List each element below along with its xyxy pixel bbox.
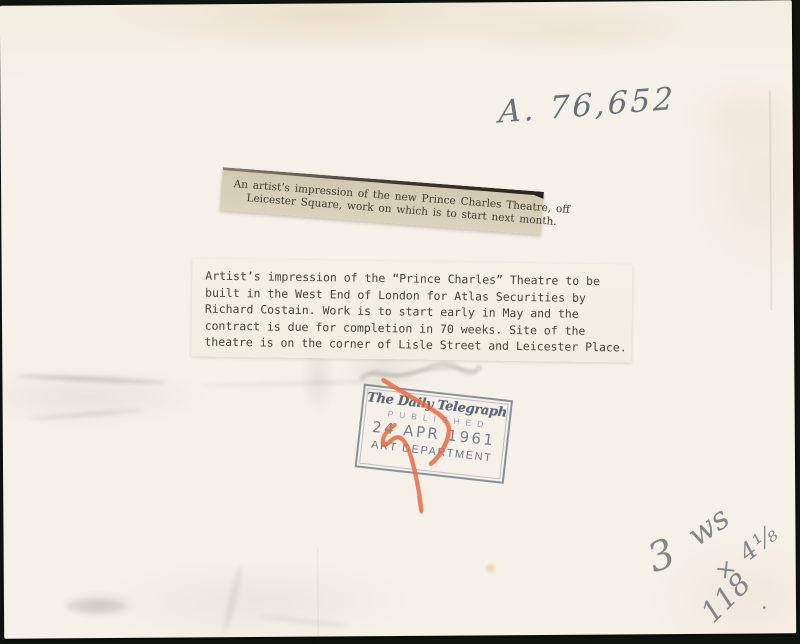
archive-number-handwriting: A. 76,652: [498, 81, 676, 131]
size-note-count: 3: [641, 530, 681, 582]
typed-caption-slip: Artist’s impression of the “Prince Charl…: [191, 258, 632, 362]
pencil-smudge: [259, 614, 349, 628]
pencil-smudge: [66, 599, 126, 613]
size-note-unit: ws: [681, 500, 736, 554]
pencil-smudge: [221, 564, 245, 634]
scan-frame: A. 76,652 An artist’s impression of the …: [0, 0, 800, 644]
photo-back: A. 76,652 An artist’s impression of the …: [0, 0, 796, 639]
newspaper-clipping: An artist’s impression of the new Prince…: [220, 167, 544, 235]
size-note-number: 118: [694, 566, 757, 629]
crayon-check-mark: [354, 369, 465, 530]
paper-crease: [768, 90, 773, 310]
size-note-dot: .: [761, 589, 768, 613]
pencil-smudge: [29, 409, 144, 421]
pencil-smudge: [16, 374, 166, 385]
